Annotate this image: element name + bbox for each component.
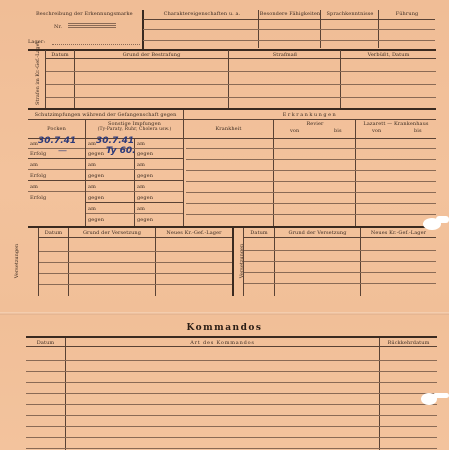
sonstige-sub: (Ty-Paraty, Ruhr, Cholera usw.) xyxy=(86,127,183,133)
tl-col-camp: Neues Kr.-Gef.-Lager xyxy=(156,230,232,236)
col-conduct: Führung xyxy=(379,11,435,17)
camera-card: Beschreibung der Erkennungsmarke Nr. Lag… xyxy=(0,0,449,450)
paper-fold xyxy=(0,312,449,315)
tr-col-camp: Neues Kr.-Gef.-Lager xyxy=(361,230,436,236)
tr-col-date: Datum xyxy=(244,230,274,236)
illnesses-title: Erkrankungen xyxy=(184,112,436,118)
vaccinations-title: Schutzimpfungen während der Gefangenscha… xyxy=(28,112,183,118)
transfers-left-side-label: Versetzungen xyxy=(14,231,20,291)
kommandos-title: Kommandos xyxy=(0,323,449,333)
col-languages: Sprachkenntnisse xyxy=(321,11,379,17)
sonstige-against-1: Ty 60. xyxy=(106,146,136,156)
ill-col-lazarett: Lazarett — Krankenhaus xyxy=(356,121,436,127)
punishments-side-label: Strafen im Kr.-Gef.-Lager xyxy=(35,45,41,105)
col-abilities: Besondere Fähigkeiten xyxy=(259,11,321,17)
tr-col-reason: Grund der Versetzung xyxy=(275,230,360,236)
nr-label: Nr. xyxy=(54,24,62,30)
pocken-result-1: — xyxy=(58,146,67,156)
id-tag-label: Beschreibung der Erkennungsmarke xyxy=(36,11,133,17)
tl-col-date: Datum xyxy=(39,230,68,236)
tl-col-reason: Grund der Versetzung xyxy=(69,230,155,236)
col-character: Charaktereigenschaften u. a. xyxy=(144,11,260,17)
sonstige-date-1: 30.7.41 xyxy=(96,136,134,146)
ill-col-disease: Krankheit xyxy=(184,126,273,132)
pocken-header: Pocken xyxy=(28,126,85,132)
ill-col-revier: Revier xyxy=(274,121,356,127)
pocken-date-1: 30.7.41 xyxy=(38,136,76,146)
